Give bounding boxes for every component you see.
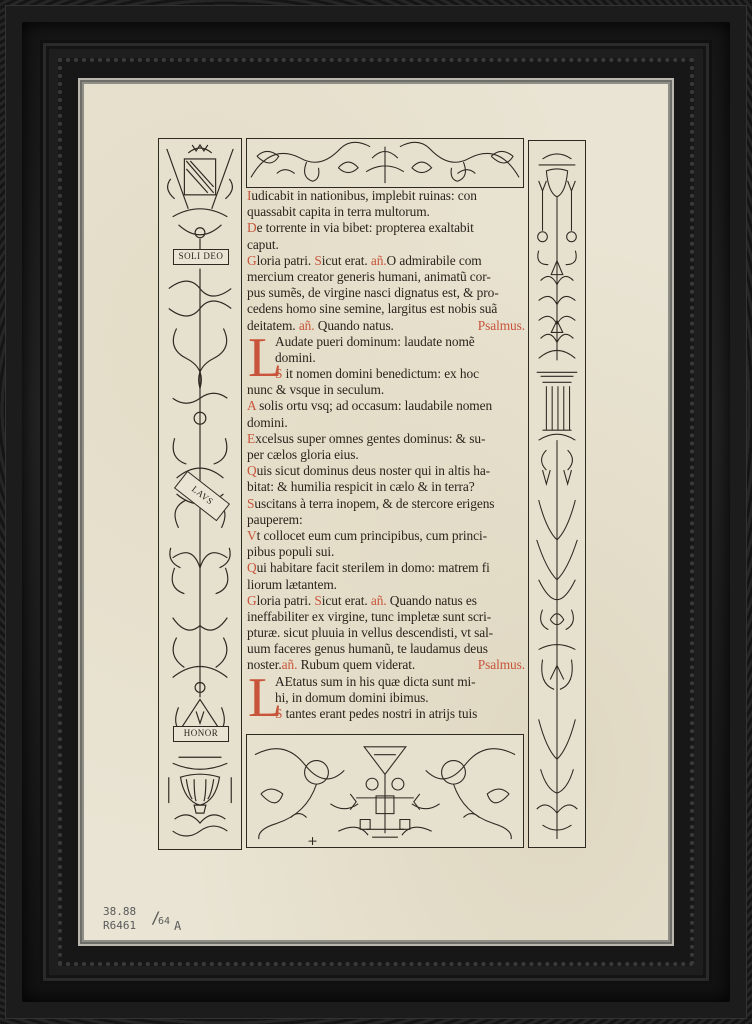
text-line: Quis sicut dominus deus noster qui in al… xyxy=(247,463,525,479)
text-line: pturæ. sicut pluuia in vellus descendist… xyxy=(247,625,525,641)
bottom-border-ornament xyxy=(247,735,523,847)
text-line: domini. xyxy=(247,415,525,431)
bottom-woodcut-border xyxy=(246,734,524,848)
text-line: Excelsus super omnes gentes dominus: & s… xyxy=(247,431,525,447)
text-line: deitatem. añ. Quando natus.Psalmus. xyxy=(247,318,525,334)
text-line: Gloria patri. Sicut erat. añ. Quando nat… xyxy=(247,593,525,609)
text-line: domini. xyxy=(247,350,525,366)
honor-label: HONOR xyxy=(173,726,229,742)
text-line: uum faceres genus humanũ, te laudamus de… xyxy=(247,641,525,657)
text-line: ineffabiliter ex virgine, tunc impletæ s… xyxy=(247,609,525,625)
text-line: Iudicabit in nationibus, implebit ruinas… xyxy=(247,188,525,204)
text-line: AEtatus sum in his quæ dicta sunt mi- xyxy=(247,674,525,690)
inscription-line-1: 38.88 xyxy=(103,905,136,919)
text-line: hi, in domum domini ibimus. xyxy=(247,690,525,706)
left-woodcut-border: SOLI DEO LAVS HONOR xyxy=(158,138,242,850)
text-line: A solis ortu vsq; ad occasum: laudabile … xyxy=(247,398,525,414)
text-line: per cælos gloria eius. xyxy=(247,447,525,463)
right-woodcut-border xyxy=(528,140,586,848)
right-border-ornament xyxy=(529,141,585,847)
text-line: bitat: & humilia respicit in cælo & in t… xyxy=(247,479,525,495)
text-line: Vt collocet eum cum principibus, cum pri… xyxy=(247,528,525,544)
text-line: liorum lætantem. xyxy=(247,577,525,593)
top-border-ornament xyxy=(247,139,523,187)
text-line: Qui habitare facit sterilem in domo: mat… xyxy=(247,560,525,576)
text-line: pauperem: xyxy=(247,512,525,528)
latin-text-block: Iudicabit in nationibus, implebit ruinas… xyxy=(247,188,525,722)
pencil-inscription: 38.88 R6461 / 64 A xyxy=(103,905,136,933)
text-line: pus sumẽs, de virgine nasci dignatus est… xyxy=(247,285,525,301)
text-line: Gloria patri. Sicut erat. añ.O admirabil… xyxy=(247,253,525,269)
text-line: S tantes erant pedes nostri in atrijs tu… xyxy=(247,706,525,722)
text-line: noster.añ. Rubum quem viderat.Psalmus. xyxy=(247,657,525,673)
psalmus-rubric: Psalmus. xyxy=(478,657,525,673)
inscription-number: 64 xyxy=(158,915,170,929)
text-line: Audate pueri dominum: laudate nomẽ xyxy=(247,334,525,350)
psalmus-rubric: Psalmus. xyxy=(478,318,525,334)
text-line: pibus populi sui. xyxy=(247,544,525,560)
text-line: mercium creator generis humani, animatũ … xyxy=(247,269,525,285)
text-line: Suscitans à terra inopem, & de stercore … xyxy=(247,496,525,512)
text-line: nunc & vsque in seculum. xyxy=(247,382,525,398)
text-line: De torrente in via bibet: propterea exal… xyxy=(247,220,525,236)
soli-deo-label: SOLI DEO xyxy=(173,249,229,265)
text-line: S it nomen domini benedictum: ex hoc xyxy=(247,366,525,382)
inscription-suffix: A xyxy=(174,919,181,933)
text-line: caput. xyxy=(247,237,525,253)
text-line: cedens homo sine semine, largitus est no… xyxy=(247,301,525,317)
inscription-line-2: R6461 xyxy=(103,919,136,933)
top-woodcut-border xyxy=(246,138,524,188)
text-line: quassabit capita in terra multorum. xyxy=(247,204,525,220)
